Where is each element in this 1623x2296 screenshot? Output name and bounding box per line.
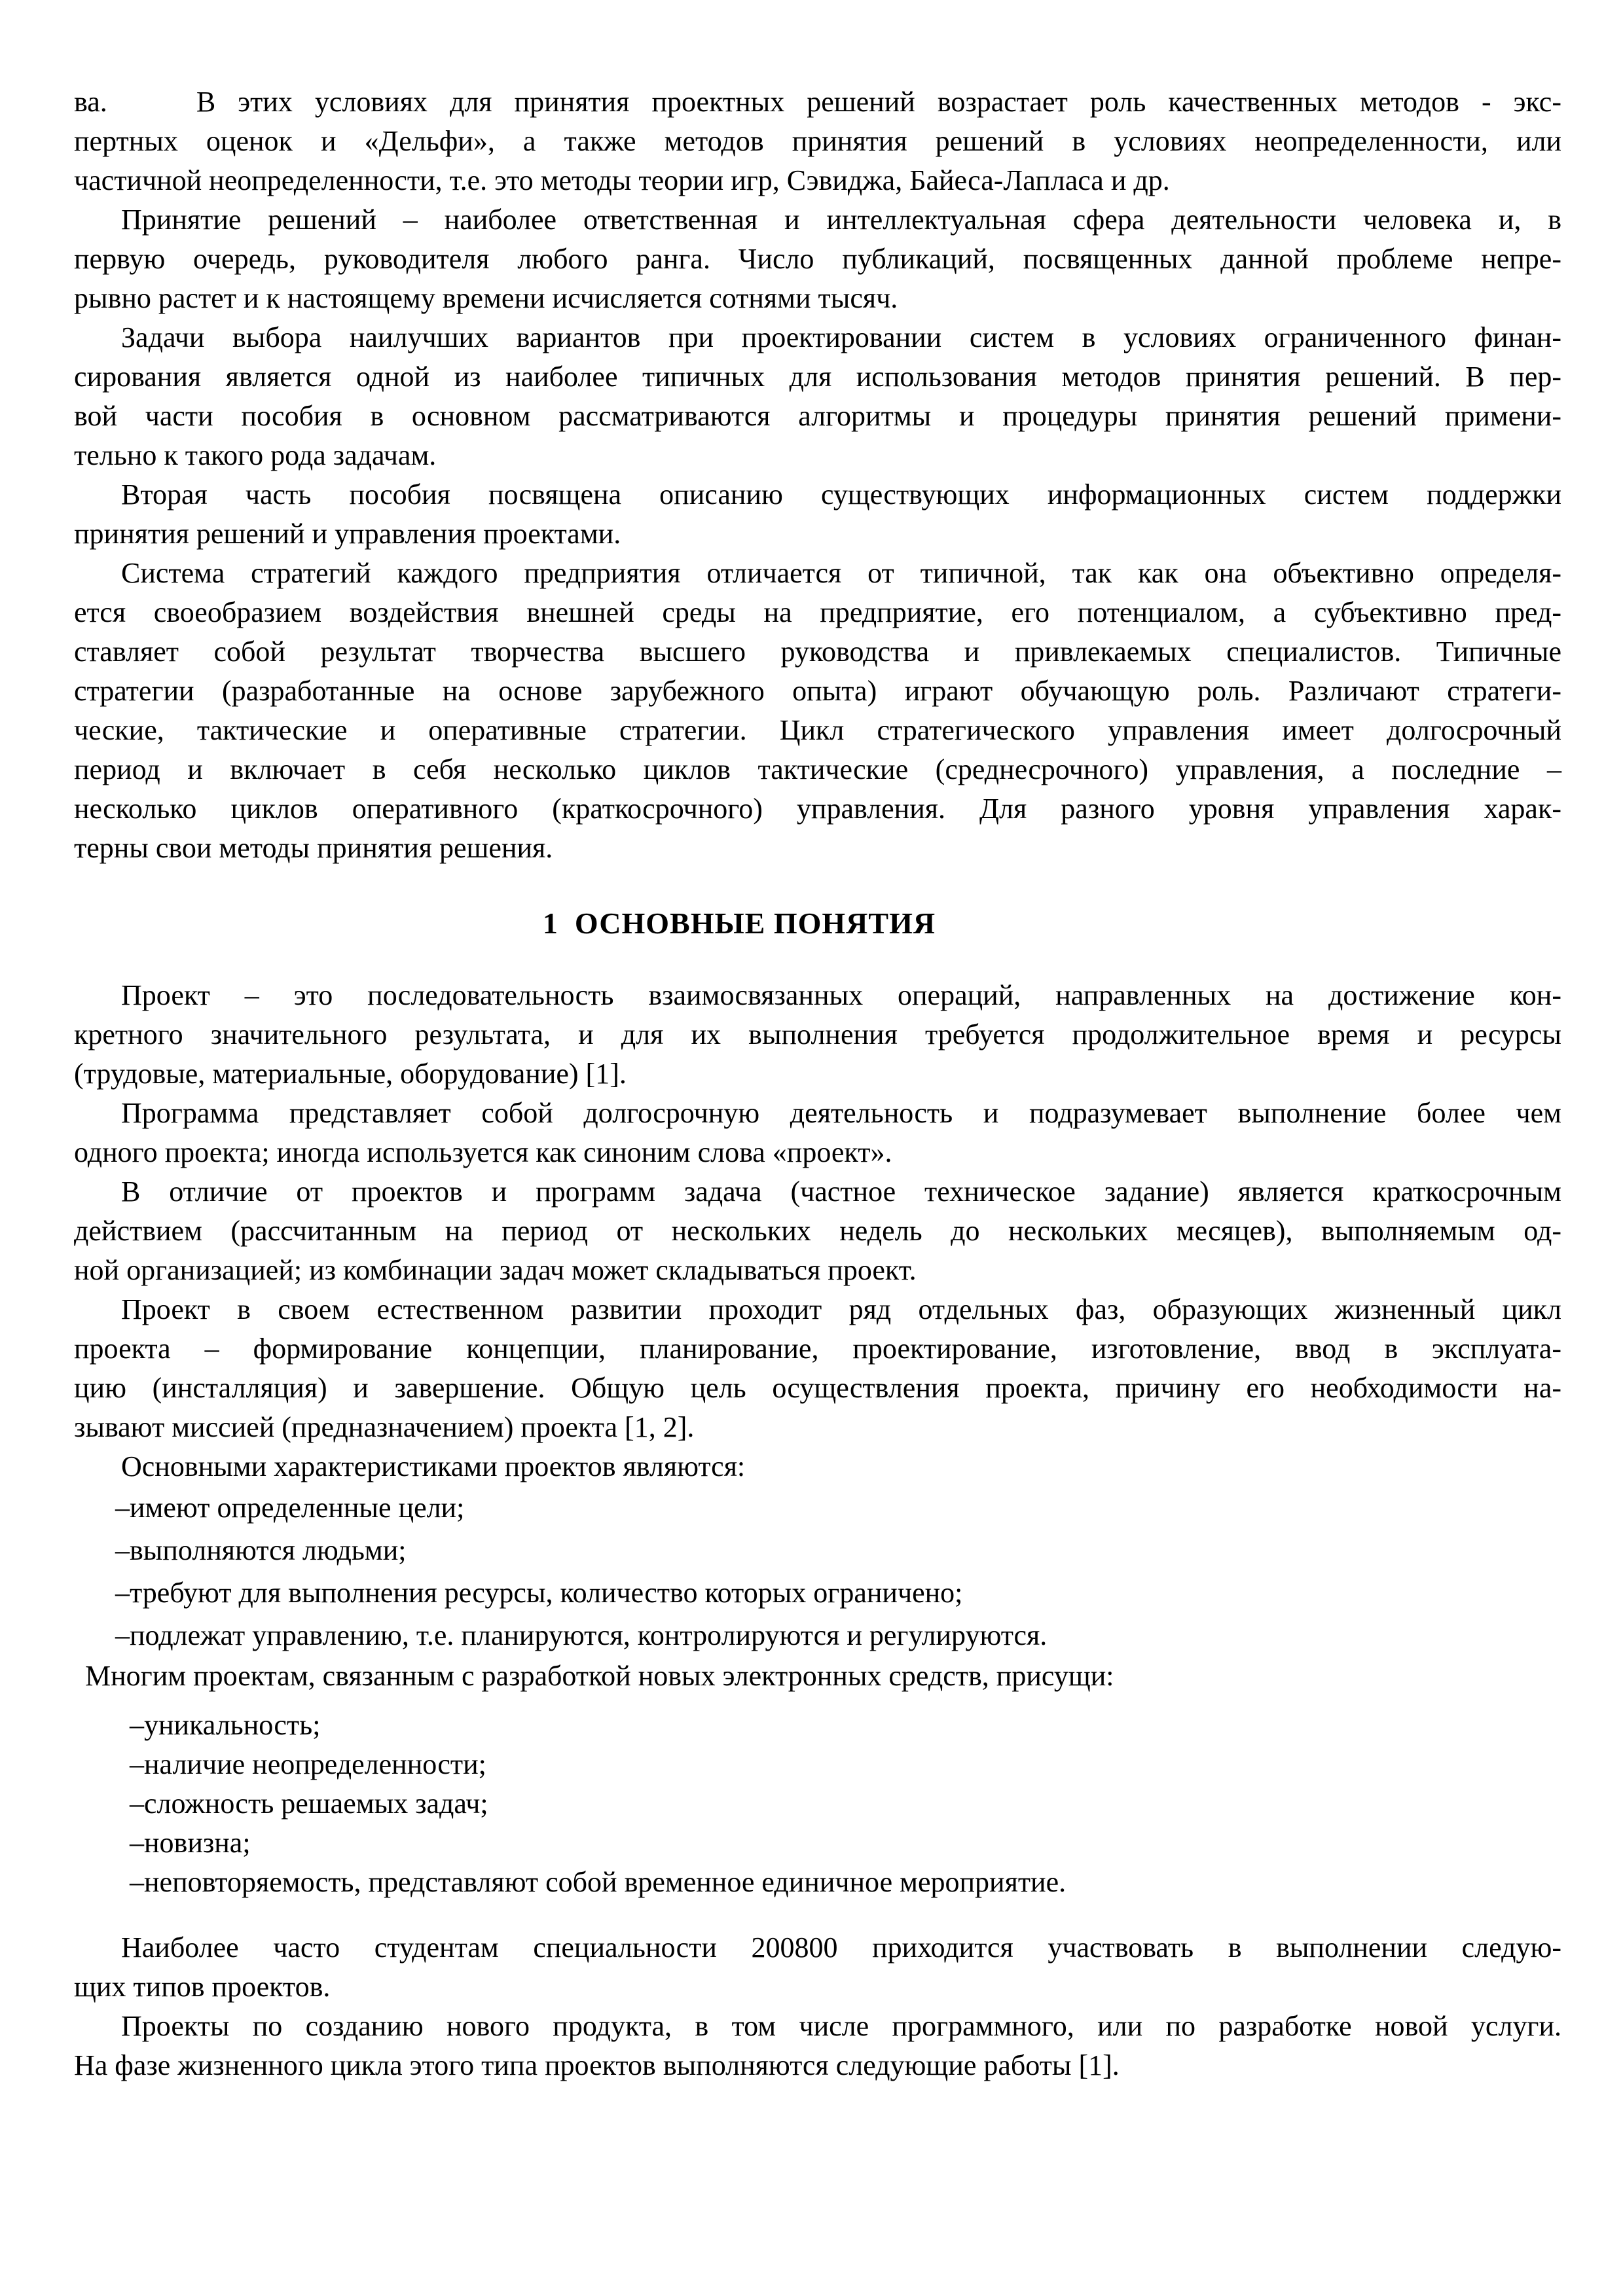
paragraph: Задачи выбора наилучших вариантов при пр… bbox=[74, 318, 1561, 475]
text-line: Система стратегий каждого предприятия от… bbox=[74, 554, 1561, 593]
text-line: рывно растет и к настоящему времени исчи… bbox=[74, 279, 1561, 318]
text-line: проекта – формирование концепции, планир… bbox=[74, 1329, 1561, 1369]
text-line: тельно к такого рода задачам. bbox=[74, 436, 1561, 475]
text-line: Многим проектам, связанным с разработкой… bbox=[74, 1657, 1561, 1696]
text-line: принятия решений и управления проектами. bbox=[74, 514, 1561, 554]
text-line: Основными характеристиками проектов явля… bbox=[74, 1447, 1561, 1486]
text-line: (трудовые, материальные, оборудование) [… bbox=[74, 1054, 1561, 1094]
list-item: –требуют для выполнения ресурсы, количес… bbox=[74, 1571, 1561, 1614]
paragraph: Проект – это последовательность взаимосв… bbox=[74, 976, 1561, 1094]
text-line: действием (рассчитанным на период от нес… bbox=[74, 1211, 1561, 1251]
list-item: –выполняются людьми; bbox=[74, 1529, 1561, 1571]
paragraph: В отличие от проектов и программ задача … bbox=[74, 1172, 1561, 1290]
paragraph: Многим проектам, связанным с разработкой… bbox=[74, 1657, 1561, 1696]
text-line: терны свои методы принятия решения. bbox=[74, 829, 1561, 868]
text-line: период и включает в себя несколько цикло… bbox=[74, 750, 1561, 789]
list-item: –уникальность; bbox=[74, 1706, 1561, 1745]
text-line: цию (инсталляция) и завершение. Общую це… bbox=[74, 1369, 1561, 1408]
text-line: вой части пособия в основном рассматрива… bbox=[74, 397, 1561, 436]
paragraph: ва. В этих условиях для принятия проектн… bbox=[74, 82, 1561, 200]
paragraph: Принятие решений – наиболее ответственна… bbox=[74, 200, 1561, 318]
text-line: На фазе жизненного цикла этого типа прое… bbox=[74, 2046, 1561, 2085]
document-content: ва. В этих условиях для принятия проектн… bbox=[0, 0, 1623, 2085]
text-line: ставляет собой результат творчества высш… bbox=[74, 632, 1561, 672]
list-item: –новизна; bbox=[74, 1823, 1561, 1863]
text-line: ется своеобразием воздействия внешней ср… bbox=[74, 593, 1561, 632]
paragraph: Система стратегий каждого предприятия от… bbox=[74, 554, 1561, 868]
text-line: несколько циклов оперативного (краткосро… bbox=[74, 789, 1561, 829]
dash-list: –имеют определенные цели;–выполняются лю… bbox=[74, 1486, 1561, 1657]
paragraph: Программа представляет собой долгосрочну… bbox=[74, 1094, 1561, 1172]
paragraph: Наиболее часто студентам специальности 2… bbox=[74, 1928, 1561, 2007]
section-heading: 1 ОСНОВНЫЕ ПОНЯТИЯ bbox=[74, 904, 1404, 943]
list-item: –имеют определенные цели; bbox=[74, 1486, 1561, 1529]
text-line: пертных оценок и «Дельфи», а также метод… bbox=[74, 122, 1561, 161]
text-line: В отличие от проектов и программ задача … bbox=[74, 1172, 1561, 1211]
text-line: ной организацией; из комбинации задач мо… bbox=[74, 1251, 1561, 1290]
list-item: –подлежат управлению, т.е. планируются, … bbox=[74, 1614, 1561, 1657]
text-line: щих типов проектов. bbox=[74, 1967, 1561, 2007]
text-line: Проект в своем естественном развитии про… bbox=[74, 1290, 1561, 1329]
dash-list: –уникальность;–наличие неопределенности;… bbox=[74, 1706, 1561, 1902]
text-line: зывают миссией (предназначением) проекта… bbox=[74, 1408, 1561, 1447]
text-line: одного проекта; иногда используется как … bbox=[74, 1133, 1561, 1172]
text-line: ческие, тактические и оперативные страте… bbox=[74, 711, 1561, 750]
list-item: –неповторяемость, представляют собой вре… bbox=[74, 1863, 1561, 1902]
document-page: ва. В этих условиях для принятия проектн… bbox=[0, 0, 1623, 2296]
list-item: –сложность решаемых задач; bbox=[74, 1784, 1561, 1823]
text-line: сирования является одной из наиболее тип… bbox=[74, 357, 1561, 397]
paragraph: Проекты по созданию нового продукта, в т… bbox=[74, 2007, 1561, 2085]
text-line: Задачи выбора наилучших вариантов при пр… bbox=[74, 318, 1561, 357]
text-line: Наиболее часто студентам специальности 2… bbox=[74, 1928, 1561, 1967]
text-line: первую очередь, руководителя любого ранг… bbox=[74, 240, 1561, 279]
text-line: частичной неопределенности, т.е. это мет… bbox=[74, 161, 1561, 200]
text-line: Проект – это последовательность взаимосв… bbox=[74, 976, 1561, 1015]
text-line: стратегии (разработанные на основе заруб… bbox=[74, 672, 1561, 711]
text-line: Принятие решений – наиболее ответственна… bbox=[74, 200, 1561, 240]
text-line: кретного значительного результата, и для… bbox=[74, 1015, 1561, 1054]
text-line: ва. В этих условиях для принятия проектн… bbox=[74, 82, 1561, 122]
paragraph: Основными характеристиками проектов явля… bbox=[74, 1447, 1561, 1486]
list-item: –наличие неопределенности; bbox=[74, 1745, 1561, 1784]
text-line: Вторая часть пособия посвящена описанию … bbox=[74, 475, 1561, 514]
text-line: Проекты по созданию нового продукта, в т… bbox=[74, 2007, 1561, 2046]
text-line: Программа представляет собой долгосрочну… bbox=[74, 1094, 1561, 1133]
paragraph: Проект в своем естественном развитии про… bbox=[74, 1290, 1561, 1447]
paragraph: Вторая часть пособия посвящена описанию … bbox=[74, 475, 1561, 554]
